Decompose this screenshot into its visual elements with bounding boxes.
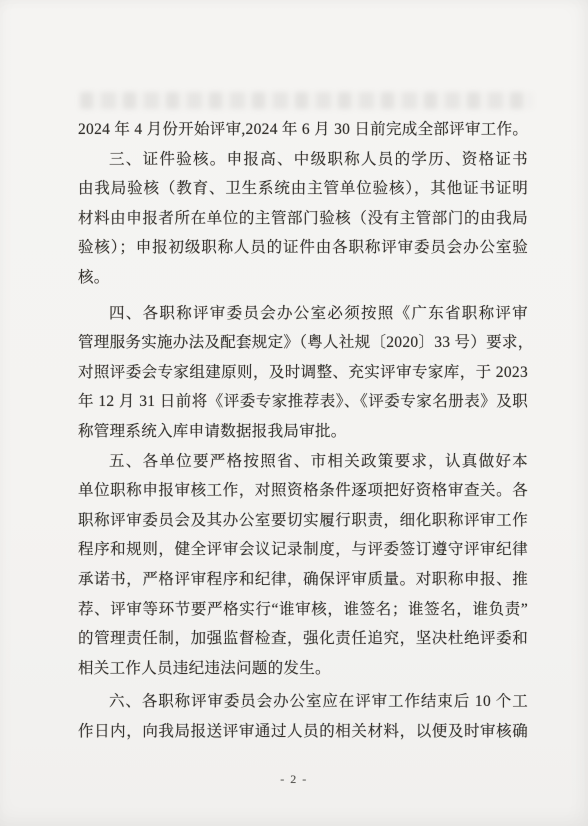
text-line: 年 12 月 31 日前将《评委专家推荐表》、《评委专家名册表》及职 bbox=[78, 387, 528, 417]
page-number: - 2 - bbox=[0, 772, 588, 787]
bleed-through-ghost-text bbox=[80, 92, 532, 109]
text-line: 管理服务实施办法及配套规定》（粤人社规〔2020〕33 号）要求， bbox=[78, 328, 528, 358]
text-line: 相关工作人员违纪违法问题的发生。 bbox=[78, 654, 528, 684]
text-line: 的管理责任制，加强监督检查，强化责任追究，坚决杜绝评委和 bbox=[78, 624, 528, 654]
text-line-section-6-start: 六、各职称评审委员会办公室应在评审工作结束后 10 个工 bbox=[78, 687, 528, 717]
text-line: 核。 bbox=[78, 263, 528, 293]
scanned-document-page: 2024 年 4 月份开始评审,2024 年 6 月 30 日前完成全部评审工作… bbox=[0, 0, 588, 826]
text-line: 承诺书，严格评审程序和纪律，确保评审质量。对职称申报、推 bbox=[78, 565, 528, 595]
text-line: 2024 年 4 月份开始评审,2024 年 6 月 30 日前完成全部评审工作… bbox=[78, 115, 528, 145]
text-line: 由我局验核（教育、卫生系统由主管单位验核），其他证书证明 bbox=[78, 174, 528, 204]
text-line-section-4-start: 四、各职称评审委员会办公室必须按照《广东省职称评审 bbox=[78, 299, 528, 329]
text-line-section-3-start: 三、证件验核。申报高、中级职称人员的学历、资格证书 bbox=[78, 145, 528, 175]
text-line: 验核）；申报初级职称人员的证件由各职称评审委员会办公室验 bbox=[78, 233, 528, 263]
text-line: 荐、评审等环节要严格实行“谁审核，谁签名；谁签名，谁负责” bbox=[78, 595, 528, 625]
text-line: 作日内，向我局报送评审通过人员的相关材料，以便及时审核确 bbox=[78, 717, 528, 747]
text-line-section-5-start: 五、各单位要严格按照省、市相关政策要求，认真做好本 bbox=[78, 447, 528, 477]
text-line: 称管理系统入库申请数据报我局审批。 bbox=[78, 417, 528, 447]
text-line: 职称评审委员会及其办公室要切实履行职责，细化职称评审工作 bbox=[78, 506, 528, 536]
text-line: 材料由申报者所在单位的主管部门验核（没有主管部门的由我局 bbox=[78, 204, 528, 234]
text-line: 单位职称申报审核工作，对照资格条件逐项把好资格审查关。各 bbox=[78, 476, 528, 506]
document-body: 2024 年 4 月份开始评审,2024 年 6 月 30 日前完成全部评审工作… bbox=[78, 115, 528, 746]
text-line: 对照评委会专家组建原则，及时调整、充实评审专家库，于 2023 bbox=[78, 358, 528, 388]
text-line: 程序和规则，健全评审会议记录制度，与评委签订遵守评审纪律 bbox=[78, 535, 528, 565]
